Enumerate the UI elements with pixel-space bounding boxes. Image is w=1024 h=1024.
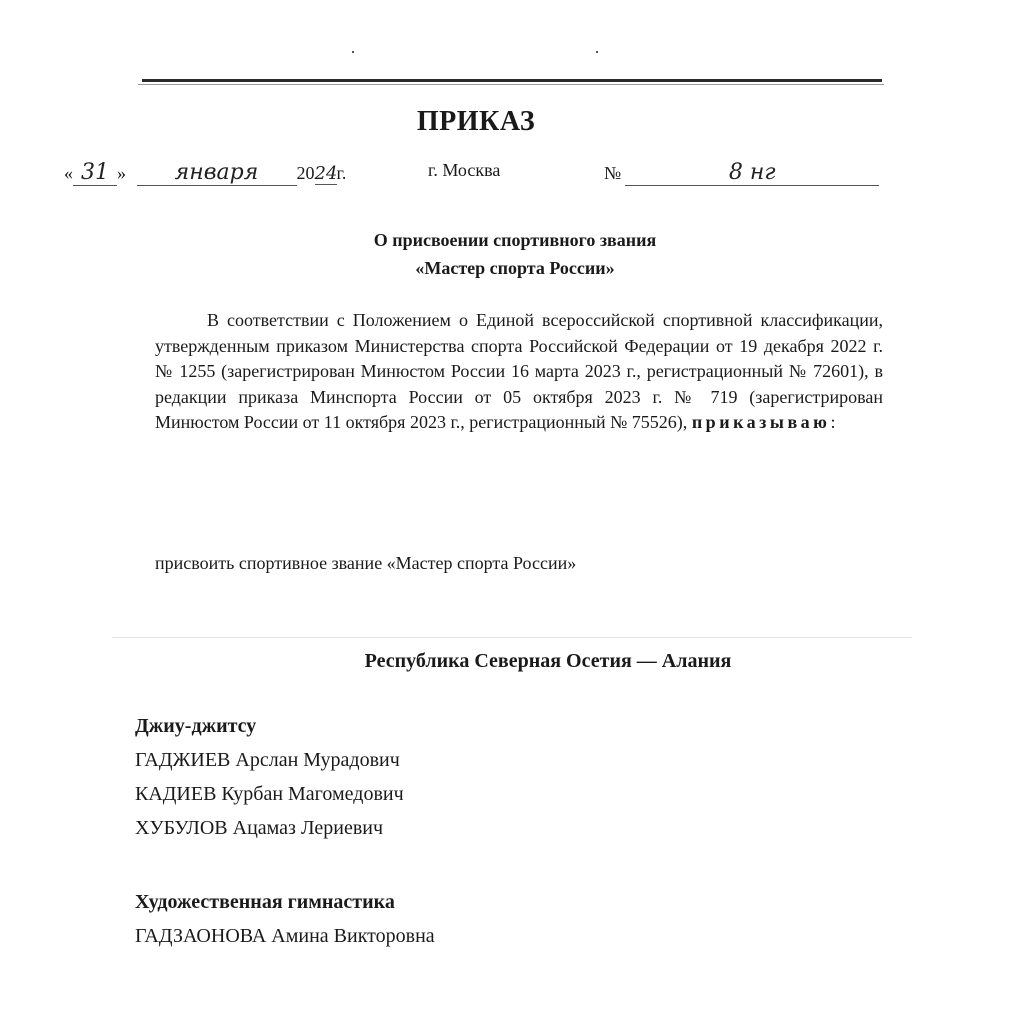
city: г. Москва (428, 160, 500, 181)
divider (112, 637, 912, 638)
date-day: 31 (73, 160, 117, 186)
document-title: ПРИКАЗ (0, 106, 952, 138)
order-colon: : (830, 412, 835, 432)
scan-speck (596, 51, 598, 53)
athlete-name: ХУБУЛОВ Ацамаз Лериевич (135, 817, 383, 840)
date-year-prefix: 20 (297, 163, 315, 183)
order-word: приказываю (692, 412, 831, 432)
header-rule-secondary (138, 84, 884, 85)
date-month: января (137, 160, 297, 186)
order-number-label: № (604, 163, 621, 183)
subject-line-1: О присвоении спортивного звания (0, 226, 1024, 254)
date-year-suffix: 24 (315, 163, 337, 185)
subject-line-2: «Мастер спорта России» (0, 254, 1024, 282)
order-number-value: 8 нг (625, 160, 879, 186)
date-close-quote: » (117, 163, 126, 183)
date-year-unit: г. (337, 163, 347, 183)
athlete-name: ГАДЗАОНОВА Амина Викторовна (135, 925, 435, 948)
order-number-field: №8 нг (604, 160, 879, 186)
athlete-name: КАДИЕВ Курбан Магомедович (135, 783, 404, 806)
preamble-paragraph: В соответствии с Положением о Единой все… (155, 308, 883, 436)
header-rule (142, 79, 882, 82)
sport-heading: Джиу-джитсу (135, 715, 256, 738)
date-open-quote: « (64, 163, 73, 183)
sport-heading: Художественная гимнастика (135, 891, 395, 914)
order-subject: О присвоении спортивного звания «Мастер … (0, 226, 1024, 282)
athlete-name: ГАДЖИЕВ Арслан Мурадович (135, 749, 400, 772)
date-field: «31» января2024г. (64, 160, 346, 186)
assignment-statement: присвоить спортивное звание «Мастер спор… (155, 553, 576, 574)
region-heading: Республика Северная Осетия — Алания (0, 650, 1024, 673)
scan-speck (352, 51, 354, 53)
